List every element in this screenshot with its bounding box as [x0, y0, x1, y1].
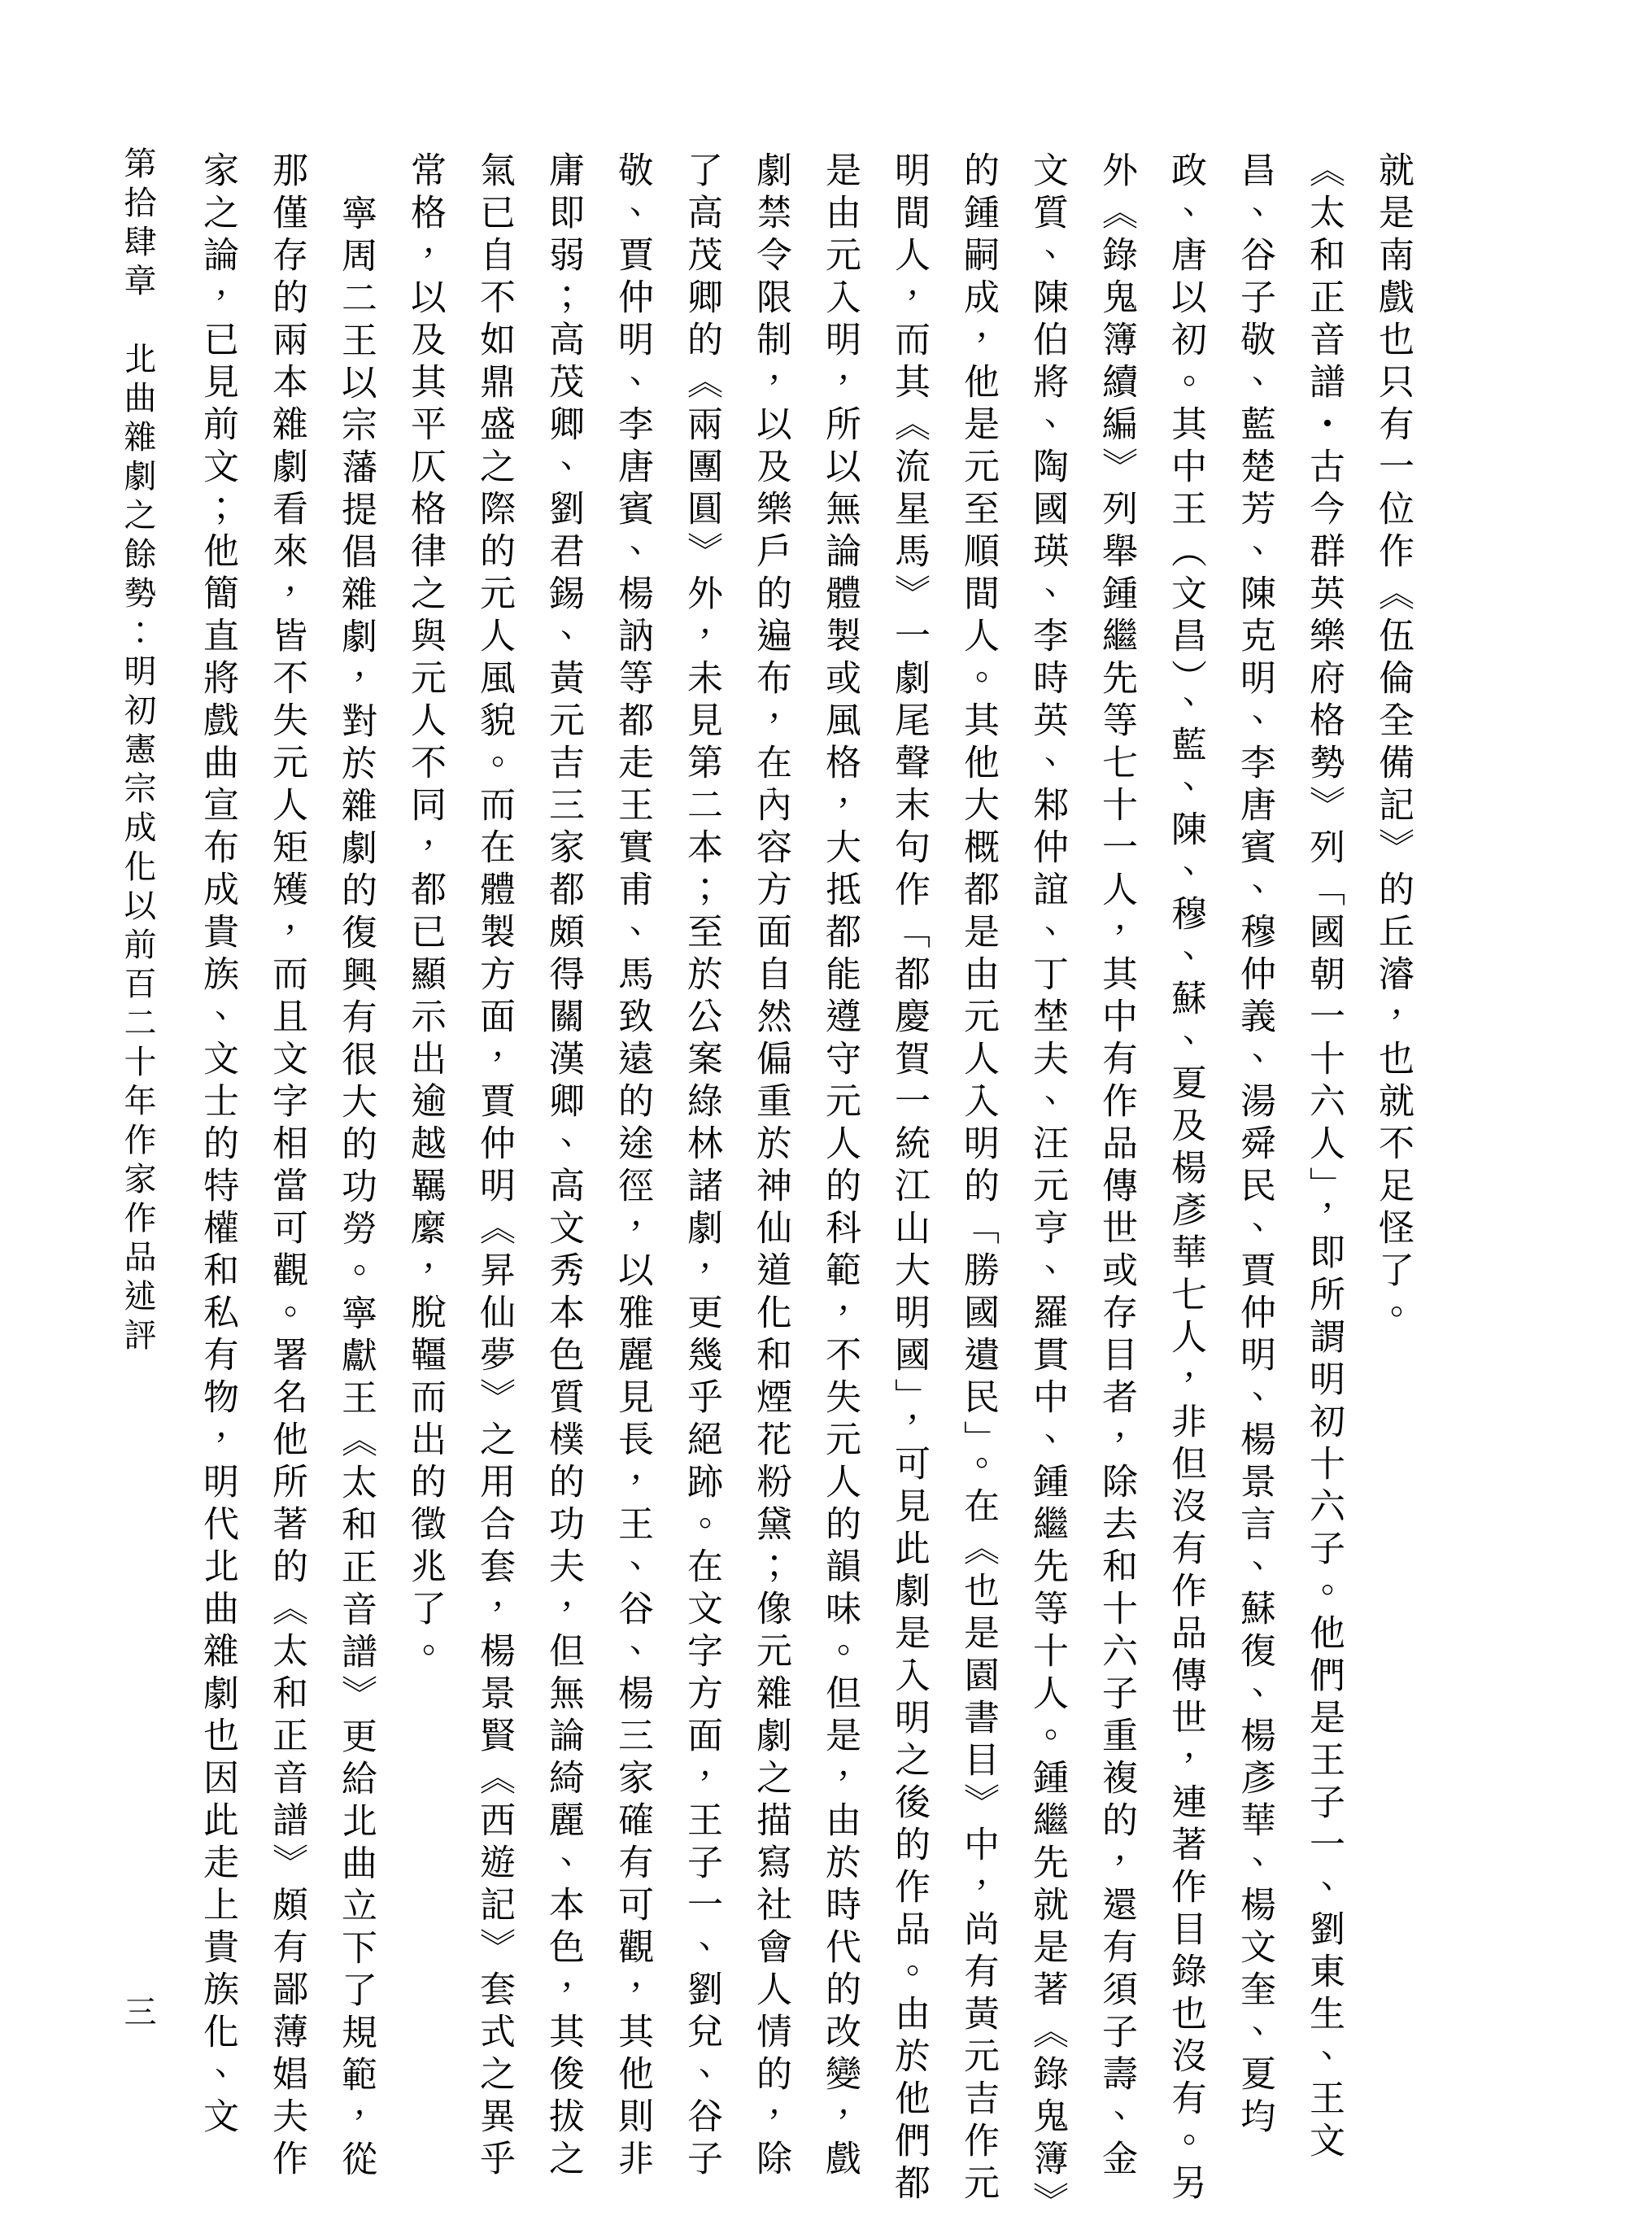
- running-head-chapter-title: 第拾肆章 北曲雜劇之餘勢：明初憲宗成化以前百二十年作家作品述評: [119, 146, 156, 1415]
- paragraph-ning-zhou-princes: 寧周二王以宗藩提倡雜劇，對於雜劇的復興有很大的功勞。寧獻王《太和正音譜》更給北曲…: [183, 151, 390, 2218]
- paragraph-sixteen-masters: 《太和正音譜・古今群英樂府格勢》列「國朝一十六人」，即所謂明初十六子。他們是王子…: [390, 151, 1358, 2218]
- paragraph-nanxi-tail: 就是南戲也只有一位作《伍倫全備記》的丘濬，也就不足怪了。: [1358, 151, 1428, 2218]
- page-number: 三: [119, 1995, 156, 2027]
- book-page: 就是南戲也只有一位作《伍倫全備記》的丘濬，也就不足怪了。 《太和正音譜・古今群英…: [0, 0, 1652, 2229]
- main-text-block: 就是南戲也只有一位作《伍倫全備記》的丘濬，也就不足怪了。 《太和正音譜・古今群英…: [183, 151, 1428, 2218]
